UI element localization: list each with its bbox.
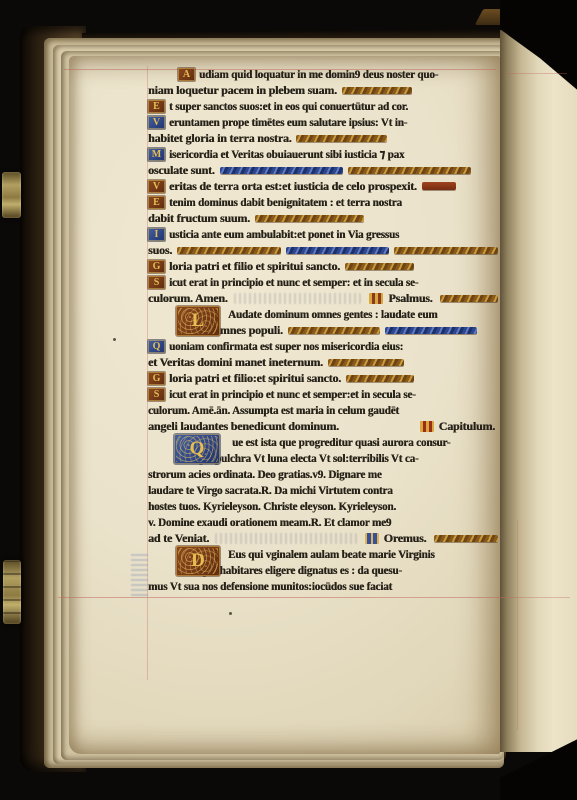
illuminated-initial: V [148,116,165,129]
text-line: Misericordia et Veritas obuiauerunt sibi… [148,146,498,162]
line-text: niam loquetur pacem in plebem suam. [148,82,337,98]
speck [113,338,116,341]
line-text: dabit fructum suum. [148,210,250,226]
line-text: Audate dominum omnes gentes : laudate eu… [228,306,437,322]
text-line: Etenim dominus dabit benignitatem : et t… [148,194,498,210]
text-line: Iusticia ante eum ambulabit:et ponet in … [148,226,498,242]
illuminated-initial: S [148,276,165,289]
line-text: loria patri et filio et spiritui sancto. [169,258,340,274]
line-text: gēs pulchra Vt luna electa Vt sol:terrib… [198,450,419,466]
illuminated-initial: M [148,148,165,161]
text-line: mus Vt sua nos defensione munitos:iocūdo… [148,578,498,594]
show-through-smudge [131,554,148,596]
text-line: Gloria patri et filio et spiritui sancto… [148,258,498,274]
line-text: laudare te Virgo sacrata.R. Da michi Vir… [148,482,393,498]
line-filler-gold [440,295,498,302]
text-line: habitet gloria in terra nostra. [148,130,498,146]
text-line: culorum. Amen.Psalmus. [148,290,498,306]
illuminated-initial: D [176,546,220,576]
text-line: Gloria patri et filio:et spiritui sancto… [148,370,498,386]
line-text: tenim dominus dabit benignitatem : et te… [169,194,402,210]
illuminated-initial: G [148,372,165,385]
brass-clasp-bottom [3,560,21,624]
illuminated-initial: Q [174,434,220,464]
line-filler-gold [346,375,414,382]
text-line: laudare te Virgo sacrata.R. Da michi Vir… [148,482,498,498]
line-text: hostes tuos. Kyrieleyson. Christe eleyso… [148,498,396,514]
text-line: Sicut erat in principio et nunc et sempe… [148,274,498,290]
text-line: Et super sanctos suos:et in eos qui conu… [148,98,498,114]
line-text: icut erat in principio et nunc et semper… [169,274,418,290]
text-line: DEus qui vginalem aulam beate marie Virg… [148,546,498,562]
paraph-mark-icon [369,293,383,304]
line-text: t super sanctos suos:et in eos qui conue… [169,98,408,114]
speck [229,612,232,615]
illuminated-initial: V [148,180,165,193]
ruling-line-top-facing [505,73,567,74]
line-text: v. Domine exaudi orationem meam.R. Et cl… [148,514,391,530]
text-block: Audiam quid loquatur in me domin9 deus n… [148,66,498,594]
line-text: icut erat in principio et nunc et semper… [169,386,416,402]
rubric-label: Capitulum. [439,418,495,434]
text-line: et Veritas domini manet ineternum. [148,354,498,370]
text-line: LAudate dominum omnes gentes : laudate e… [148,306,498,322]
text-line: niam loquetur pacem in plebem suam. [148,82,498,98]
text-line: Audiam quid loquatur in me domin9 deus n… [148,66,498,82]
line-filler-gold [328,359,405,366]
photo-background: Audiam quid loquatur in me domin9 deus n… [0,0,577,800]
illuminated-initial: S [148,388,165,401]
facing-page-edge [500,30,577,752]
line-text: ad te Veniat. [148,530,209,546]
line-text: suos. [148,242,172,258]
illuminated-initial: E [148,100,165,113]
illuminated-initial: I [148,228,165,241]
illuminated-initial: Q [148,340,165,353]
line-text: eruntamen prope timētes eum salutare ips… [169,114,407,130]
rubric-label: Psalmus. [388,290,432,306]
line-filler-blue [385,327,477,334]
line-text: ue est ista que progreditur quasi aurora… [232,434,450,450]
text-line: Veritas de terra orta est:et iusticia de… [148,178,498,194]
line-text: loria patri et filio:et spiritui sancto. [169,370,341,386]
illuminated-initial: A [178,68,195,81]
brass-clasp-top [2,172,21,218]
line-text: strorum acies ordinata. Deo gratias.v9. … [148,466,382,482]
show-through-text [215,533,357,544]
text-line: hostes tuos. Kyrieleyson. Christe eleyso… [148,498,498,514]
line-filler-blue [220,167,343,174]
illuminated-initial: E [148,196,165,209]
text-line: v. Domine exaudi orationem meam.R. Et cl… [148,514,498,530]
line-text: eritas de terra orta est:et iusticia de … [169,178,417,194]
line-text: osculate sunt. [148,162,215,178]
initial-letter: L [192,310,205,332]
line-filler-red-small [422,182,456,190]
line-filler-gold [348,167,471,174]
ruling-line-facing-page [517,520,518,730]
ruling-line-bottom [58,597,506,598]
line-text: udiam quid loquatur in me domin9 deus no… [199,66,438,82]
line-text: Eus qui vginalem aulam beate marie Virgi… [228,546,435,562]
text-line: Quoniam confirmata est super nos miseric… [148,338,498,354]
text-line: osculate sunt. [148,162,498,178]
text-line: ad te Veniat.Oremus. [148,530,498,546]
text-line: strorum acies ordinata. Deo gratias.v9. … [148,466,498,482]
line-text: mus Vt sua nos defensione munitos:iocūdo… [148,578,392,594]
line-text: usticia ante eum ambulabit:et ponet in V… [169,226,399,242]
text-line: suos. [148,242,498,258]
line-filler-gold [177,247,281,254]
paraph-mark-icon [365,533,379,544]
show-through-text [234,293,362,304]
text-line: Veruntamen prope timētes eum salutare ip… [148,114,498,130]
line-filler-gold [342,87,412,94]
text-line: angeli laudantes benedicunt dominum.Capi… [148,418,498,434]
line-text: habitet gloria in terra nostra. [148,130,291,146]
initial-letter: D [191,550,205,572]
line-text: isericordia et Veritas obuiauerunt sibi … [169,146,404,162]
line-text: et Veritas domini manet ineternum. [148,354,323,370]
line-filler-gold [288,327,380,334]
line-text: culorum. Amen. [148,290,228,306]
illuminated-initial: G [148,260,165,273]
paraph-mark-icon [420,421,434,432]
line-filler-gold [255,215,364,222]
line-filler-gold [345,263,414,270]
line-filler-gold [394,247,498,254]
line-filler-gold [434,535,498,542]
line-text: uoniam confirmata est super nos miserico… [169,338,403,354]
line-text: omnes populi. [214,322,283,338]
initial-letter: Q [190,438,205,460]
line-filler-gold [296,135,387,142]
text-line: Que est ista que progreditur quasi auror… [148,434,498,450]
illuminated-initial: L [176,306,220,336]
text-line: culorum. Amē.ān. Assumpta est maria in c… [148,402,498,418]
line-filler-blue [286,247,390,254]
line-text: culorum. Amē.ān. Assumpta est maria in c… [148,402,399,418]
text-line: Sicut erat in principio et nunc et sempe… [148,386,498,402]
line-text: in qua habitares eligere dignatus es : d… [188,562,402,578]
line-text: angeli laudantes benedicunt dominum. [148,418,339,434]
spacer [345,421,412,432]
ruling-line-bottom-facing [506,597,570,598]
text-line: dabit fructum suum. [148,210,498,226]
rubric-label: Oremus. [384,530,427,546]
